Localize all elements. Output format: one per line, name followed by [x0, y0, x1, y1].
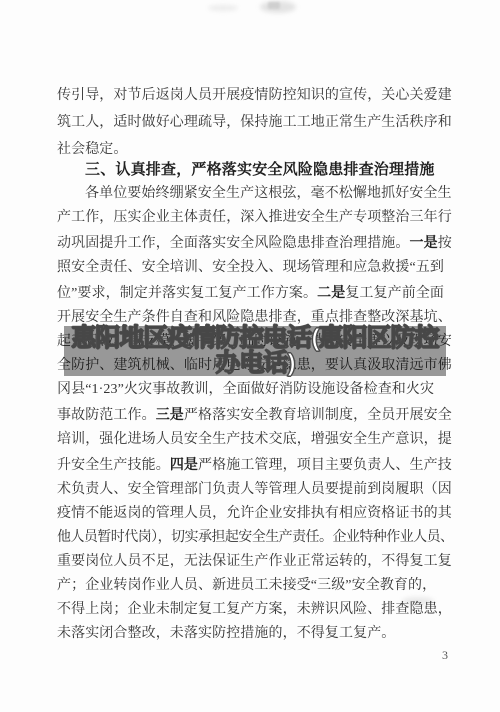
document-page: 传引导，对节后返岗人员开展疫情防控知识的宣传，关心关爱建筑工人，适时做好心理疏导…: [0, 0, 500, 712]
intro-paragraph: 传引导，对节后返岗人员开展疫情防控知识的宣传，关心关爱建筑工人，适时做好心理疏导…: [57, 82, 455, 163]
text-line: 冈县“1·23”火灾事故教训，全面做好消防设施设备检查和火灾: [57, 378, 455, 402]
text-line: 未落实闭合整改，未落实防控措施的，不得复工复产。: [57, 622, 455, 646]
bold-marker: 四是: [170, 456, 198, 472]
text-line: 各单位要始终绷紧安全生产这根弦，毫不松懈地抓好安全生: [57, 182, 455, 206]
text-segment: 疫情不能返岗的管理人员，允许企业安排执有相应资格证书的其: [57, 506, 452, 521]
text-line: 位”要求，制定并落实复工复产工作方案。二是复工复产前全面: [57, 280, 455, 306]
text-segment: 冈县“1·23”火灾事故教训，全面做好消防设施设备检查和火灾: [57, 382, 434, 397]
scan-artifact: [208, 5, 238, 11]
text-segment: 动巩固提升工作，全面落实安全风险隐患排查治理措施。: [57, 236, 410, 251]
text-segment: 升安全生产技能。: [57, 458, 170, 473]
seo-title-overlay: 惠阳地区疫情防控电话(惠阳区防控 办电话): [64, 326, 446, 376]
text-segment: 按: [438, 236, 452, 251]
text-segment: 产；企业转岗作业人员、新进员工未接受“三级”安全教育的，: [57, 578, 436, 593]
text-line: 传引导，对节后返岗人员开展疫情防控知识的宣传，关心关爱建: [57, 82, 455, 109]
body-paragraph: 各单位要始终绷紧安全生产这根弦，毫不松懈地抓好安全生产工作，压实企业主体责任，深…: [57, 182, 455, 646]
text-line: 培训，强化进场人员安全生产技术交底，增强安全生产意识，提: [57, 428, 455, 452]
overlay-title-line2: 办电话): [215, 351, 294, 376]
text-segment: 位”要求，制定并落实复工复产工作方案。: [57, 286, 317, 301]
bold-marker: 二是: [317, 284, 345, 300]
text-line: 他人员暂时代岗），切实承担起安全生产责任。企业特种作业人员、: [57, 526, 455, 550]
text-line: 升安全生产技能。四是严格施工管理，项目主要负责人、生产技: [57, 452, 455, 478]
section-heading: 三、认真排查，严格落实安全风险隐患排查治理措施: [85, 158, 485, 182]
text-line: 产工作，压实企业主体责任，深入推进安全生产专项整治三年行: [57, 206, 455, 230]
text-segment: 复工复产前全面: [345, 286, 444, 301]
page-number: 3: [438, 648, 452, 663]
text-segment: 开展安全生产条件自查和风险隐患排查，重点排查整改深基坑、: [57, 310, 452, 325]
text-line: 照安全责任、安全培训、安全投入、现场管理和应急救援“五到: [57, 256, 455, 280]
text-segment: 传引导，对节后返岗人员开展疫情防控知识的宣传，关心关爱建: [57, 88, 452, 103]
text-segment: 产工作，压实企业主体责任，深入推进安全生产专项整治三年行: [57, 210, 452, 225]
text-segment: 未落实闭合整改，未落实防控措施的，不得复工复产。: [57, 626, 395, 641]
text-segment: 他人员暂时代岗），切实承担起安全生产责任。企业特种作业人员、: [57, 530, 454, 545]
text-segment: 不得上岗；企业未制定复工复产方案，未辨识风险、排查隐患，: [57, 602, 452, 617]
text-segment: 术负责人、安全管理部门负责人等管理人员要提前到岗履职（因: [57, 482, 452, 497]
text-segment: 社会稳定。: [57, 142, 128, 157]
text-line: 疫情不能返岗的管理人员，允许企业安排执有相应资格证书的其: [57, 502, 455, 526]
text-segment: 照安全责任、安全培训、安全投入、现场管理和应急救援“五到: [57, 260, 444, 275]
text-line: 产；企业转岗作业人员、新进员工未接受“三级”安全教育的，: [57, 574, 455, 598]
text-segment: 严格落实安全教育培训制度，全员开展安全: [184, 408, 452, 423]
text-segment: 筑工人，适时做好心理疏导，保持施工工地正常生产生活秩序和: [57, 115, 452, 130]
text-segment: 事故防范工作。: [57, 408, 156, 423]
text-line: 重要岗位人员不足，无法保证生产作业正常运转的，不得复工复: [57, 550, 455, 574]
text-segment: 严格施工管理，项目主要负责人、生产技: [198, 458, 452, 473]
overlay-title-line1: 惠阳地区疫情防控电话(惠阳区防控: [71, 326, 438, 351]
text-line: 筑工人，适时做好心理疏导，保持施工工地正常生产生活秩序和: [57, 109, 455, 136]
text-line: 动巩固提升工作，全面落实安全风险隐患排查治理措施。一是按: [57, 230, 455, 256]
text-segment: 培训，强化进场人员安全生产技术交底，增强安全生产意识，提: [57, 432, 452, 447]
text-line: 事故防范工作。三是严格落实安全教育培训制度，全员开展安全: [57, 402, 455, 428]
scan-artifact: [268, 2, 280, 9]
text-segment: 各单位要始终绷紧安全生产这根弦，毫不松懈地抓好安全生: [85, 186, 452, 201]
bold-marker: 三是: [156, 406, 184, 422]
text-line: 术负责人、安全管理部门负责人等管理人员要提前到岗履职（因: [57, 478, 455, 502]
bold-marker: 一是: [410, 234, 438, 250]
text-segment: 重要岗位人员不足，无法保证生产作业正常运转的，不得复工复: [57, 554, 452, 569]
text-line: 不得上岗；企业未制定复工复产方案，未辨识风险、排查隐患，: [57, 598, 455, 622]
